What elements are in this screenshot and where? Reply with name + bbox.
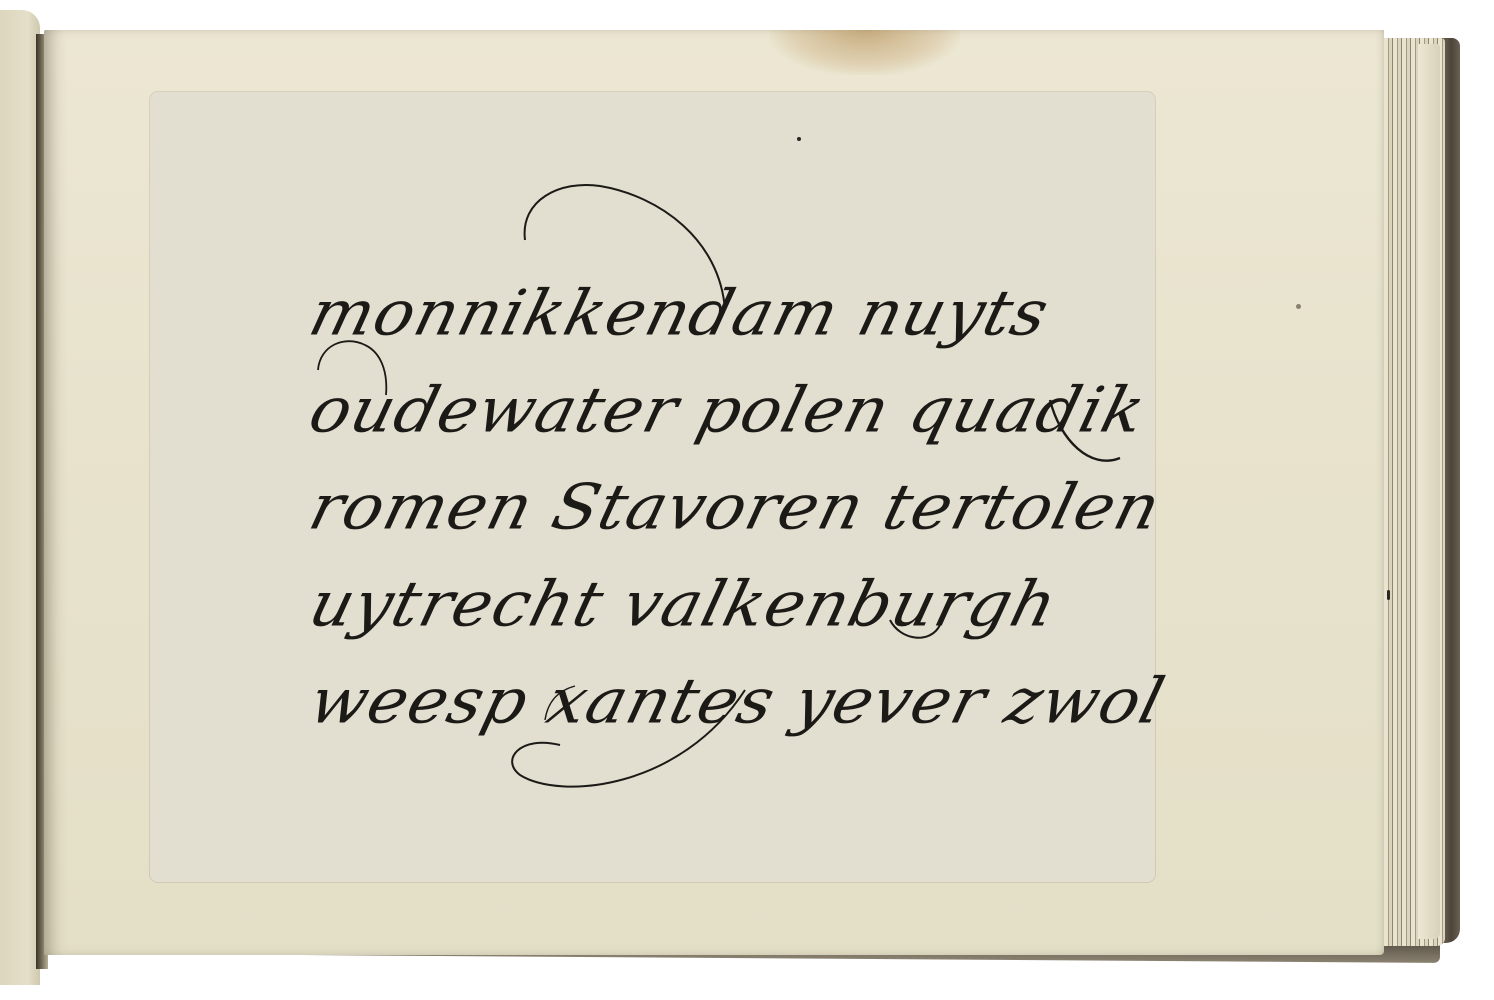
- page-stack-inner: [1418, 44, 1440, 939]
- script-line-5: weesp xantes yever zwol: [300, 655, 1183, 747]
- script-line-3: romen Stavoren tertolen: [300, 461, 1183, 553]
- script-line-1: monnikkendam nuyts: [300, 267, 1183, 359]
- ink-speck: [797, 137, 801, 141]
- ink-speck: [1387, 590, 1390, 600]
- water-stain: [770, 30, 960, 75]
- script-line-4: uytrecht valkenburgh: [300, 558, 1183, 650]
- copperplate-script-block: monnikkendam nuyts oudewater polen quadi…: [300, 262, 1160, 747]
- left-page-edge: [0, 10, 40, 985]
- script-line-2: oudewater polen quadik: [300, 364, 1183, 456]
- open-book-photo: monnikkendam nuyts oudewater polen quadi…: [0, 0, 1494, 1000]
- ink-speck: [1296, 304, 1301, 309]
